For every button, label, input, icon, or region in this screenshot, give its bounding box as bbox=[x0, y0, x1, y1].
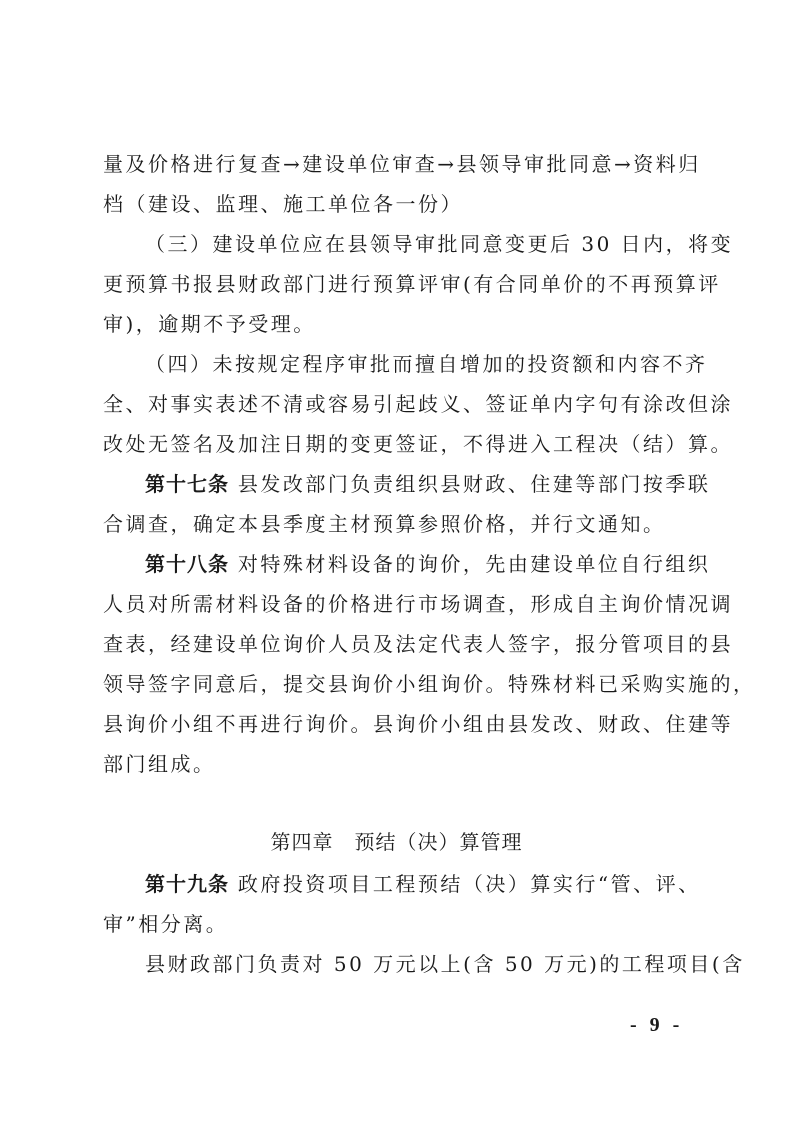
text-line: 部门组成。 bbox=[103, 752, 693, 776]
text-line: 合调查，确定本县季度主材预算参照价格，并行文通知。 bbox=[103, 512, 693, 536]
article-19-first-line: 第十九条 政府投资项目工程预结（决）算实行“管、评、 bbox=[145, 872, 693, 896]
text-line: 领导签字同意后，提交县询价小组询价。特殊材料已采购实施的， bbox=[103, 672, 693, 696]
article-text: 县发改部门负责组织县财政、住建等部门按季联 bbox=[238, 472, 711, 496]
text-line: 改处无签名及加注日期的变更签证，不得进入工程决（结）算。 bbox=[103, 432, 693, 456]
text-line: 查表，经建设单位询价人员及法定代表人签字，报分管项目的县 bbox=[103, 632, 693, 656]
text-line: 审)，逾期不予受理。 bbox=[103, 312, 693, 336]
text-line: 县财政部门负责对 50 万元以上(含 50 万元)的工程项目(含 bbox=[145, 952, 693, 976]
article-label: 第十八条 bbox=[145, 552, 229, 576]
text-line: （三）建设单位应在县领导审批同意变更后 30 日内，将变 bbox=[145, 232, 693, 256]
text-line: 档（建设、监理、施工单位各一份） bbox=[103, 192, 693, 216]
article-label: 第十七条 bbox=[145, 472, 229, 496]
text-line: （四）未按规定程序审批而擅自增加的投资额和内容不齐 bbox=[145, 352, 693, 376]
text-line: 人员对所需材料设备的价格进行市场调查，形成自主询价情况调 bbox=[103, 592, 693, 616]
article-18-first-line: 第十八条 对特殊材料设备的询价，先由建设单位自行组织 bbox=[145, 552, 693, 576]
text-line: 更预算书报县财政部门进行预算评审(有合同单价的不再预算评 bbox=[103, 272, 693, 296]
article-text: 对特殊材料设备的询价，先由建设单位自行组织 bbox=[238, 552, 711, 576]
text-line: 县询价小组不再进行询价。县询价小组由县发改、财政、住建等 bbox=[103, 712, 693, 736]
chapter-heading: 第四章 预结（决）算管理 bbox=[0, 830, 793, 854]
article-text: 政府投资项目工程预结（决）算实行“管、评、 bbox=[238, 872, 701, 896]
page-number: - 9 - bbox=[630, 1014, 683, 1037]
article-17-first-line: 第十七条 县发改部门负责组织县财政、住建等部门按季联 bbox=[145, 472, 693, 496]
text-line: 审”相分离。 bbox=[103, 912, 693, 936]
article-label: 第十九条 bbox=[145, 872, 229, 896]
document-page: 量及价格进行复查→建设单位审查→县领导审批同意→资料归 档（建设、监理、施工单位… bbox=[0, 0, 793, 1122]
text-line: 全、对事实表述不清或容易引起歧义、签证单内字句有涂改但涂 bbox=[103, 392, 693, 416]
text-line: 量及价格进行复查→建设单位审查→县领导审批同意→资料归 bbox=[103, 152, 693, 176]
